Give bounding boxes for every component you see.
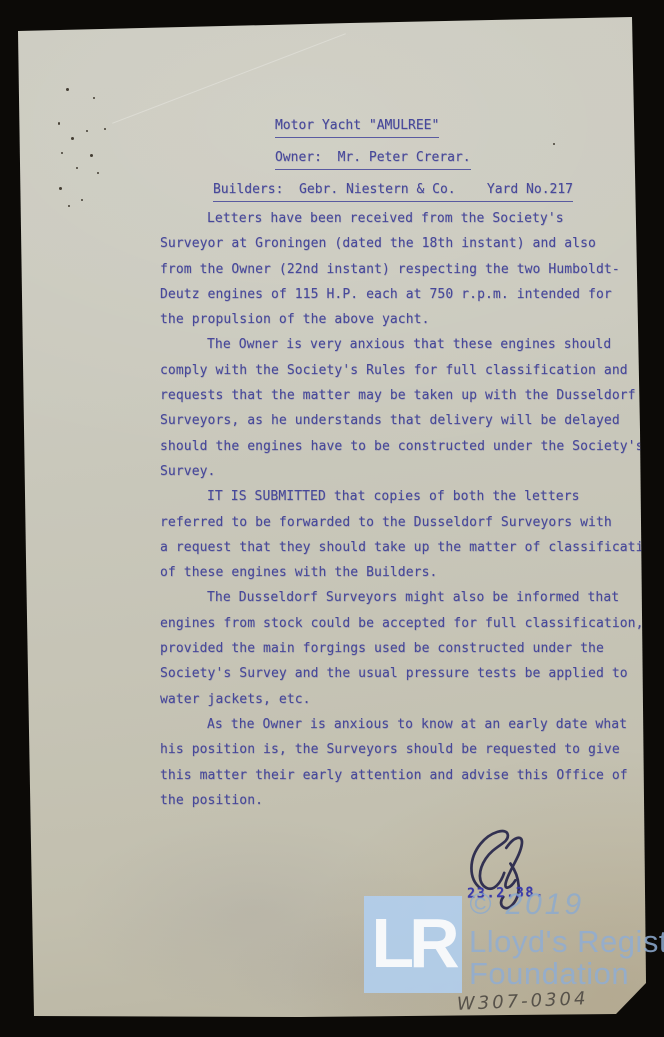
ink-speck bbox=[58, 122, 60, 125]
typed-line: IT IS SUBMITTED that copies of both the … bbox=[160, 489, 662, 514]
typed-line: Surveyors, as he understands that delive… bbox=[160, 413, 662, 438]
document-page: Motor Yacht "AMULREE" Owner: Mr. Peter C… bbox=[0, 0, 664, 1037]
typed-body: Letters have been received from the Soci… bbox=[160, 211, 662, 818]
ink-speck bbox=[97, 172, 99, 174]
typed-line: Survey. bbox=[160, 464, 662, 489]
typed-line: the position. bbox=[160, 793, 662, 818]
header-builders-line: Builders: Gebr. Niestern & Co. Yard No.2… bbox=[166, 167, 573, 217]
typed-line: water jackets, etc. bbox=[160, 692, 662, 717]
typed-line: The Owner is very anxious that these eng… bbox=[160, 337, 662, 362]
ink-speck bbox=[104, 128, 106, 130]
ink-speck bbox=[68, 205, 70, 207]
typed-line: his position is, the Surveyors should be… bbox=[160, 742, 662, 767]
typed-line: As the Owner is anxious to know at an ea… bbox=[160, 717, 662, 742]
ink-speck bbox=[553, 143, 555, 145]
ink-speck bbox=[61, 152, 63, 154]
typed-line: Society's Survey and the usual pressure … bbox=[160, 666, 662, 691]
typed-line: The Dusseldorf Surveyors might also be i… bbox=[160, 590, 662, 615]
typed-line: Letters have been received from the Soci… bbox=[160, 211, 662, 236]
ink-speck bbox=[86, 130, 88, 132]
typed-line: Surveyor at Groningen (dated the 18th in… bbox=[160, 236, 662, 261]
doc-builders: Builders: Gebr. Niestern & Co. Yard No.2… bbox=[213, 182, 573, 202]
signature-scribble bbox=[445, 815, 551, 918]
ink-speck bbox=[81, 199, 83, 201]
typed-line: referred to be forwarded to the Dusseldo… bbox=[160, 515, 662, 540]
typed-line: comply with the Society's Rules for full… bbox=[160, 363, 662, 388]
typed-line: the propulsion of the above yacht. bbox=[160, 312, 662, 337]
reference-number-pencil: W307-0304 bbox=[457, 988, 589, 1015]
ink-speck bbox=[93, 97, 95, 99]
typed-line: of these engines with the Builders. bbox=[160, 565, 662, 590]
typed-line: requests that the matter may be taken up… bbox=[160, 388, 662, 413]
typed-line: should the engines have to be constructe… bbox=[160, 439, 662, 464]
scan-background: Motor Yacht "AMULREE" Owner: Mr. Peter C… bbox=[0, 0, 664, 1037]
typed-line: this matter their early attention and ad… bbox=[160, 768, 662, 793]
typed-line: Deutz engines of 115 H.P. each at 750 r.… bbox=[160, 287, 662, 312]
ink-speck bbox=[90, 154, 93, 157]
date-stamp: 23.2.38. bbox=[467, 884, 545, 901]
ink-speck bbox=[71, 137, 74, 140]
typed-line: from the Owner (22nd instant) respecting… bbox=[160, 262, 662, 287]
typed-line: provided the main forgings used be const… bbox=[160, 641, 662, 666]
ink-speck bbox=[59, 187, 62, 190]
typed-line: engines from stock could be accepted for… bbox=[160, 616, 662, 641]
ink-speck bbox=[66, 88, 69, 91]
typed-line: a request that they should take up the m… bbox=[160, 540, 662, 565]
ink-speck bbox=[76, 167, 78, 169]
